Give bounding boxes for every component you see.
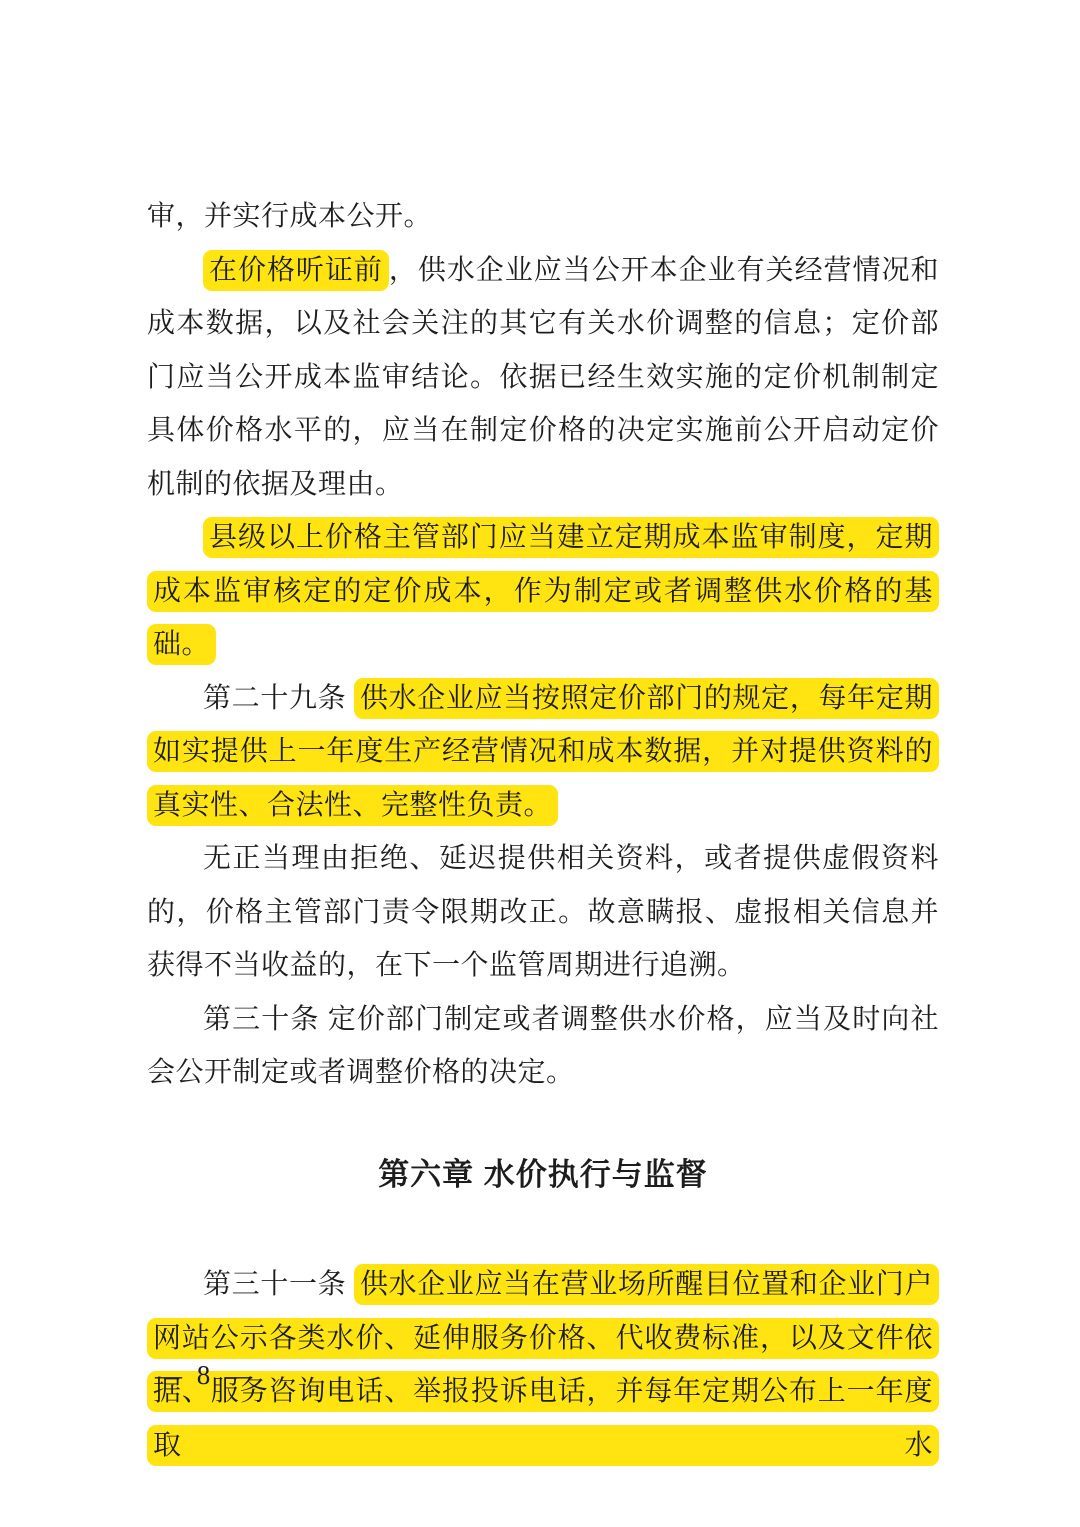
paragraph-article-31: 第三十一条 供水企业应当在营业场所醒目位置和企业门户网站公示各类水价、延伸服务价… <box>147 1258 939 1472</box>
article-number: 第二十九条 <box>203 683 354 714</box>
highlighted-text: 在价格听证前 <box>203 250 389 291</box>
highlighted-text: 县级以上价格主管部门应当建立定期成本监审制度，定期成本监审核定的定价成本，作为制… <box>147 517 939 665</box>
paragraph-article-30: 第三十条 定价部门制定或者调整供水价格，应当及时向社会公开制定或者调整价格的决定… <box>147 993 939 1100</box>
chapter-heading: 第六章 水价执行与监督 <box>147 1148 939 1202</box>
paragraph-price-hearing: 在价格听证前，供水企业应当公开本企业有关经营情况和成本数据，以及社会关注的其它有… <box>147 244 939 512</box>
paragraph-refusal-consequences: 无正当理由拒绝、延迟提供相关资料，或者提供虚假资料的，价格主管部门责令限期改正。… <box>147 832 939 993</box>
body-text: ，供水企业应当公开本企业有关经营情况和成本数据，以及社会关注的其它有关水价调整的… <box>147 255 939 500</box>
document-page: 审，并实行成本公开。 在价格听证前，供水企业应当公开本企业有关经营情况和成本数据… <box>0 0 1080 1527</box>
paragraph-continuation: 审，并实行成本公开。 <box>147 190 939 244</box>
document-text-body: 审，并实行成本公开。 在价格听证前，供水企业应当公开本企业有关经营情况和成本数据… <box>147 190 939 1472</box>
body-text: 第三十条 定价部门制定或者调整供水价格，应当及时向社会公开制定或者调整价格的决定… <box>147 1004 939 1089</box>
paragraph-article-29: 第二十九条 供水企业应当按照定价部门的规定，每年定期如实提供上一年度生产经营情况… <box>147 672 939 833</box>
article-number: 第三十一条 <box>203 1269 354 1300</box>
body-text: 无正当理由拒绝、延迟提供相关资料，或者提供虚假资料的，价格主管部门责令限期改正。… <box>147 843 939 981</box>
paragraph-cost-supervision: 县级以上价格主管部门应当建立定期成本监审制度，定期成本监审核定的定价成本，作为制… <box>147 511 939 672</box>
body-text: 审，并实行成本公开。 <box>147 201 432 232</box>
page-number: — 8 — <box>155 1360 256 1391</box>
